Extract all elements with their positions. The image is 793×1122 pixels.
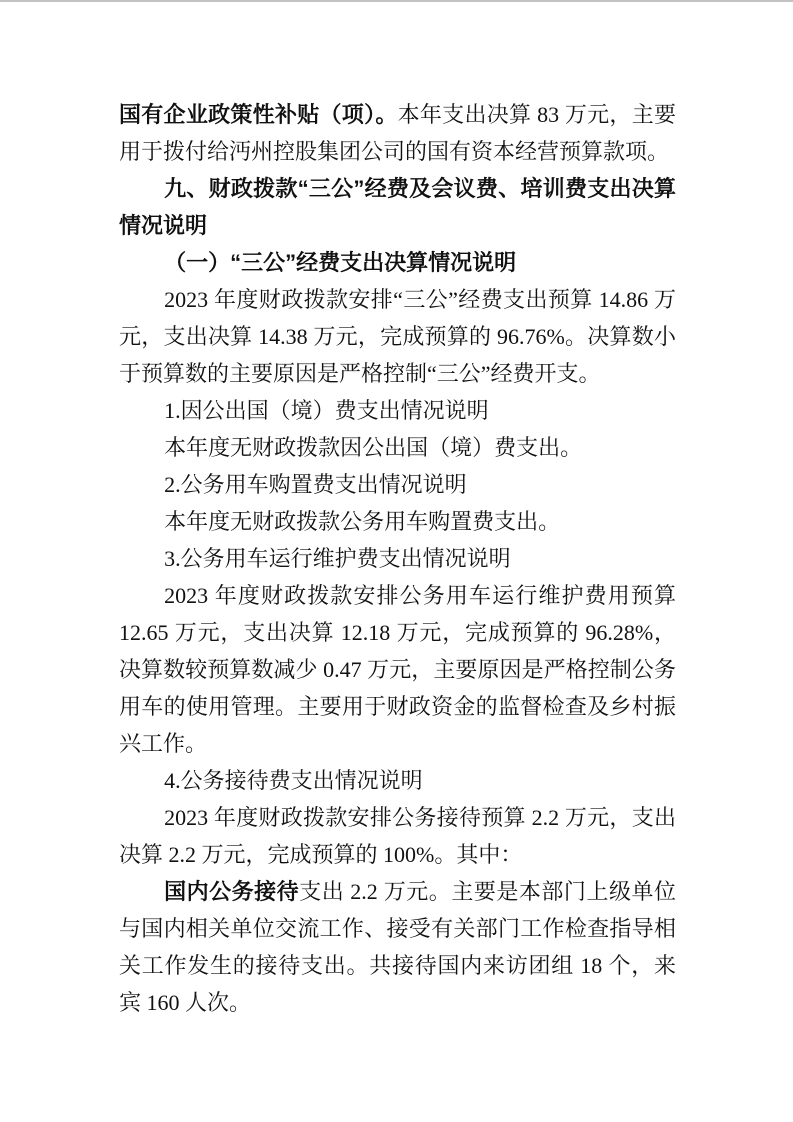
paragraph: 4.公务接待费支出情况说明: [119, 762, 676, 799]
paragraph: 2.公务用车购置费支出情况说明: [119, 466, 676, 503]
text-run: 4.公务接待费支出情况说明: [164, 768, 423, 793]
section-heading: 九、财政拨款“三公”经费及会议费、培训费支出决算情况说明: [119, 170, 676, 244]
subsection-heading: （一）“三公”经费支出决算情况说明: [119, 244, 676, 281]
paragraph: 国有企业政策性补贴（项）。本年支出决算 83 万元，主要用于拨付给沔州控股集团公…: [119, 96, 676, 170]
text-run: 3.公务用车运行维护费支出情况说明: [164, 546, 511, 571]
text-run: 2023 年度财政拨款安排“三公”经费支出预算 14.86 万元，支出决算 14…: [119, 287, 676, 386]
text-run: 本年度无财政拨款公务用车购置费支出。: [164, 509, 560, 534]
paragraph: 1.因公出国（境）费支出情况说明: [119, 392, 676, 429]
document-body: 国有企业政策性补贴（项）。本年支出决算 83 万元，主要用于拨付给沔州控股集团公…: [119, 96, 676, 1021]
paragraph: 2023 年度财政拨款安排公务用车运行维护费用预算 12.65 万元，支出决算 …: [119, 577, 676, 762]
paragraph: 2023 年度财政拨款安排“三公”经费支出预算 14.86 万元，支出决算 14…: [119, 281, 676, 392]
bold-text-run: （一）“三公”经费支出决算情况说明: [164, 250, 516, 275]
paragraph: 本年度无财政拨款公务用车购置费支出。: [119, 503, 676, 540]
paragraph: 国内公务接待支出 2.2 万元。主要是本部门上级单位与国内相关单位交流工作、接受…: [119, 873, 676, 1021]
paragraph: 本年度无财政拨款因公出国（境）费支出。: [119, 429, 676, 466]
bold-text-run: 国有企业政策性补贴（项）。: [119, 102, 398, 127]
text-run: 1.因公出国（境）费支出情况说明: [164, 398, 489, 423]
text-run: 2023 年度财政拨款安排公务接待预算 2.2 万元，支出决算 2.2 万元，完…: [119, 805, 676, 867]
bold-text-run: 九、财政拨款“三公”经费及会议费、培训费支出决算情况说明: [119, 176, 676, 238]
text-run: 2023 年度财政拨款安排公务用车运行维护费用预算 12.65 万元，支出决算 …: [119, 583, 676, 756]
scan-edge-line: [0, 0, 793, 2]
text-run: 2.公务用车购置费支出情况说明: [164, 472, 467, 497]
text-run: 本年度无财政拨款因公出国（境）费支出。: [164, 435, 582, 460]
document-page: 国有企业政策性补贴（项）。本年支出决算 83 万元，主要用于拨付给沔州控股集团公…: [0, 0, 793, 1122]
paragraph: 2023 年度财政拨款安排公务接待预算 2.2 万元，支出决算 2.2 万元，完…: [119, 799, 676, 873]
bold-text-run: 国内公务接待: [164, 879, 299, 904]
paragraph: 3.公务用车运行维护费支出情况说明: [119, 540, 676, 577]
